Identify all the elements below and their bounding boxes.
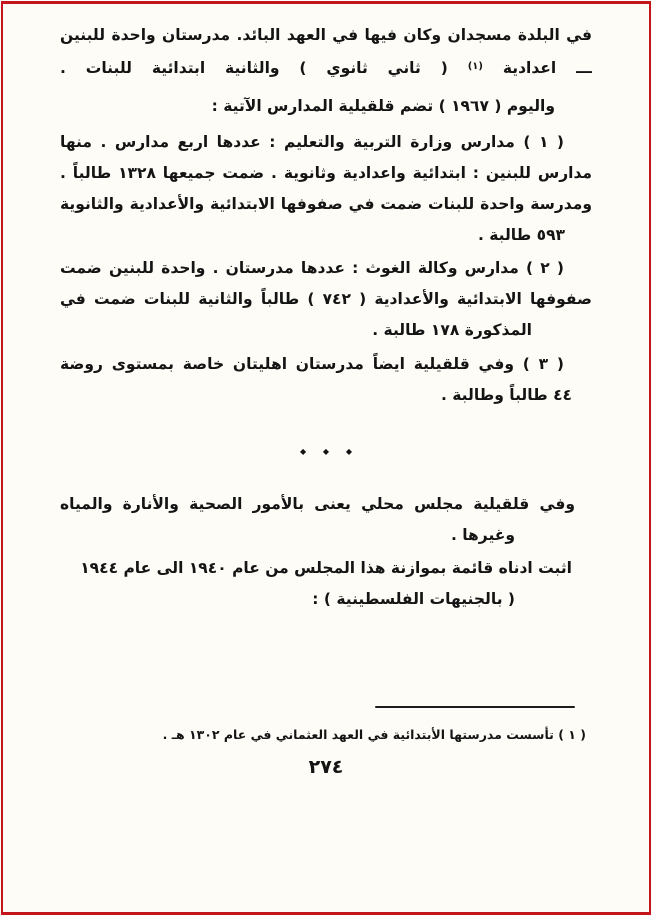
today-line: واليوم ( ١٩٦٧ ) تضم قلقيلية المدارس الآت… <box>60 92 592 123</box>
ministry-line-4: ٥٩٣ طالبة . <box>60 221 592 252</box>
paragraph-today: واليوم ( ١٩٦٧ ) تضم قلقيلية المدارس الآت… <box>60 92 592 123</box>
document-page: { "document": { "language": "Arabic", "f… <box>0 0 652 916</box>
private-line-1: ( ٣ ) وفي قلقيلية ايضاً مدرستان اهليتان … <box>60 350 592 381</box>
footnote-text: ( ١ ) تأسست مدرستها الأبتدائية في العهد … <box>60 724 592 746</box>
section-separator-dots: ◆ ◆ ◆ <box>60 445 592 459</box>
council-line-2: وغيرها . <box>60 521 592 552</box>
unrwa-line-1: ( ٢ ) مدارس وكالة الغوث : عددها مدرستان … <box>60 254 592 285</box>
page-number: ٢٧٤ <box>60 756 592 778</box>
intro-line-2-text: ـــ اعدادية <box>483 59 592 77</box>
ministry-line-3: ومدرسة واحدة للبنات ضمت في صفوفها الابتد… <box>60 190 592 221</box>
budget-line-2: ( بالجنيهات الفلسطينية ) : <box>60 585 592 616</box>
intro-line-2: ـــ اعدادية (١) ( ثاني ثانوي ) والثانية … <box>60 52 592 83</box>
paragraph-local-council: وفي قلقيلية مجلس محلي يعنى بالأمور الصحي… <box>60 490 592 552</box>
budget-line-1: اثبت ادناه قائمة بموازنة هذا المجلس من ع… <box>60 554 592 585</box>
footnote-rule <box>375 706 575 708</box>
paragraph-intro: في البلدة مسجدان وكان فيها في العهد البا… <box>60 21 592 83</box>
unrwa-line-3: المذكورة ١٧٨ طالبة . <box>60 316 592 347</box>
footnote-marker: (١) <box>468 61 483 72</box>
ministry-line-2: مدارس للبنين : ابتدائية واعدادية وثانوية… <box>60 159 592 190</box>
private-line-2: ٤٤ طالباً وطالبة . <box>60 381 592 412</box>
ministry-line-1: ( ١ ) مدارس وزارة التربية والتعليم : عدد… <box>60 128 592 159</box>
paragraph-budget-list: اثبت ادناه قائمة بموازنة هذا المجلس من ع… <box>60 554 592 616</box>
paragraph-unrwa-schools: ( ٢ ) مدارس وكالة الغوث : عددها مدرستان … <box>60 254 592 347</box>
intro-line-1: في البلدة مسجدان وكان فيها في العهد البا… <box>60 21 592 52</box>
paragraph-private-schools: ( ٣ ) وفي قلقيلية ايضاً مدرستان اهليتان … <box>60 350 592 412</box>
intro-line-2-rest: ( ثاني ثانوي ) والثانية ابتدائية للبنات … <box>60 59 468 77</box>
unrwa-line-2: صفوفها الابتدائية والأعدادية ( ٧٤٢ ) طال… <box>60 285 592 316</box>
council-line-1: وفي قلقيلية مجلس محلي يعنى بالأمور الصحي… <box>60 490 592 521</box>
page-content: في البلدة مسجدان وكان فيها في العهد البا… <box>0 0 652 778</box>
paragraph-ministry-schools: ( ١ ) مدارس وزارة التربية والتعليم : عدد… <box>60 128 592 252</box>
